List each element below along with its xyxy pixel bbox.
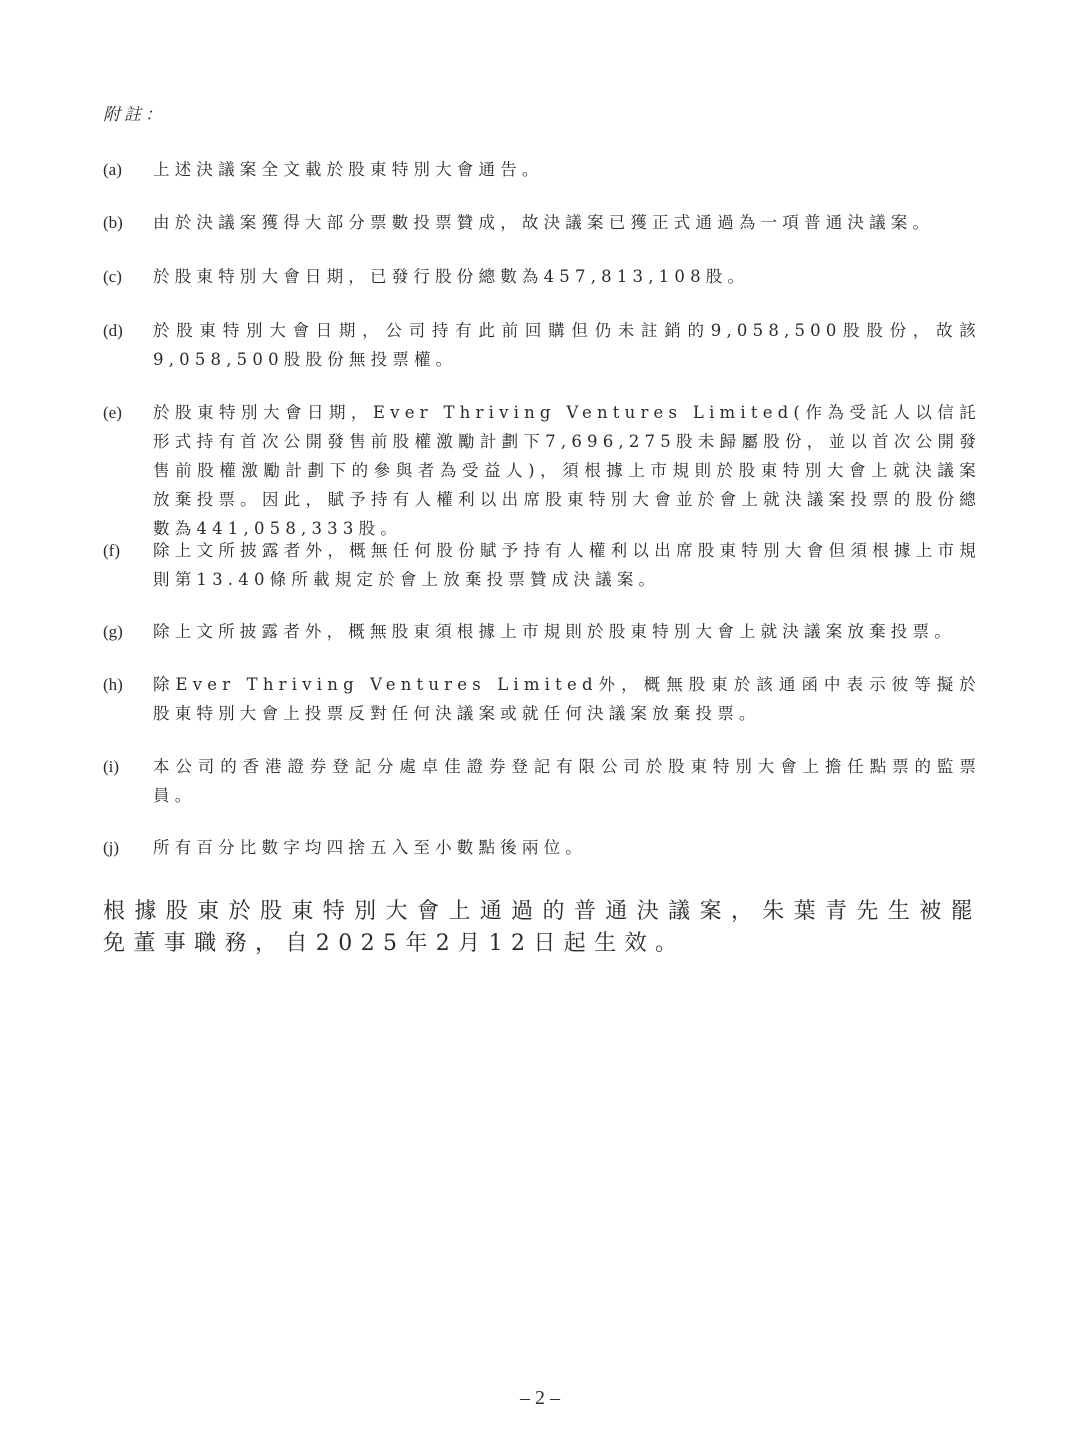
final-paragraph: 根據股東於股東特別大會上通過的普通決議案，朱葉青先生被罷免董事職務，自2025年… (103, 896, 981, 960)
note-text: 除上文所披露者外，概無任何股份賦予持有人權利以出席股東特別大會但須根據上市規則第… (153, 536, 981, 594)
note-text: 於股東特別大會日期，Ever Thriving Ventures Limited… (153, 398, 981, 543)
note-label: (f) (103, 536, 120, 565)
page-number: – 2 – (0, 1387, 1080, 1410)
note-label: (b) (103, 208, 123, 237)
note-label: (e) (103, 398, 122, 427)
note-label: (h) (103, 670, 123, 699)
note-text: 由於決議案獲得大部分票數投票贊成，故決議案已獲正式通過為一項普通決議案。 (153, 208, 981, 237)
notes-title: 附註： (103, 100, 166, 125)
note-label: (i) (103, 752, 119, 781)
note-label: (a) (103, 155, 122, 184)
note-label: (g) (103, 617, 123, 646)
note-text: 本公司的香港證券登記分處卓佳證券登記有限公司於股東特別大會上擔任點票的監票員。 (153, 752, 981, 810)
note-label: (d) (103, 316, 123, 345)
note-text: 於股東特別大會日期，公司持有此前回購但仍未註銷的9,058,500股股份，故該9… (153, 316, 981, 374)
note-text: 於股東特別大會日期，已發行股份總數為457,813,108股。 (153, 262, 981, 291)
note-label: (c) (103, 262, 122, 291)
note-text: 除上文所披露者外，概無股東須根據上市規則於股東特別大會上就決議案放棄投票。 (153, 617, 981, 646)
note-text: 所有百分比數字均四捨五入至小數點後兩位。 (153, 833, 981, 862)
note-text: 除Ever Thriving Ventures Limited外，概無股東於該通… (153, 670, 981, 728)
note-label: (j) (103, 833, 119, 862)
document-page: 附註： (a) 上述決議案全文載於股東特別大會通告。 (b) 由於決議案獲得大部… (0, 0, 1080, 1440)
note-text: 上述決議案全文載於股東特別大會通告。 (153, 155, 981, 184)
